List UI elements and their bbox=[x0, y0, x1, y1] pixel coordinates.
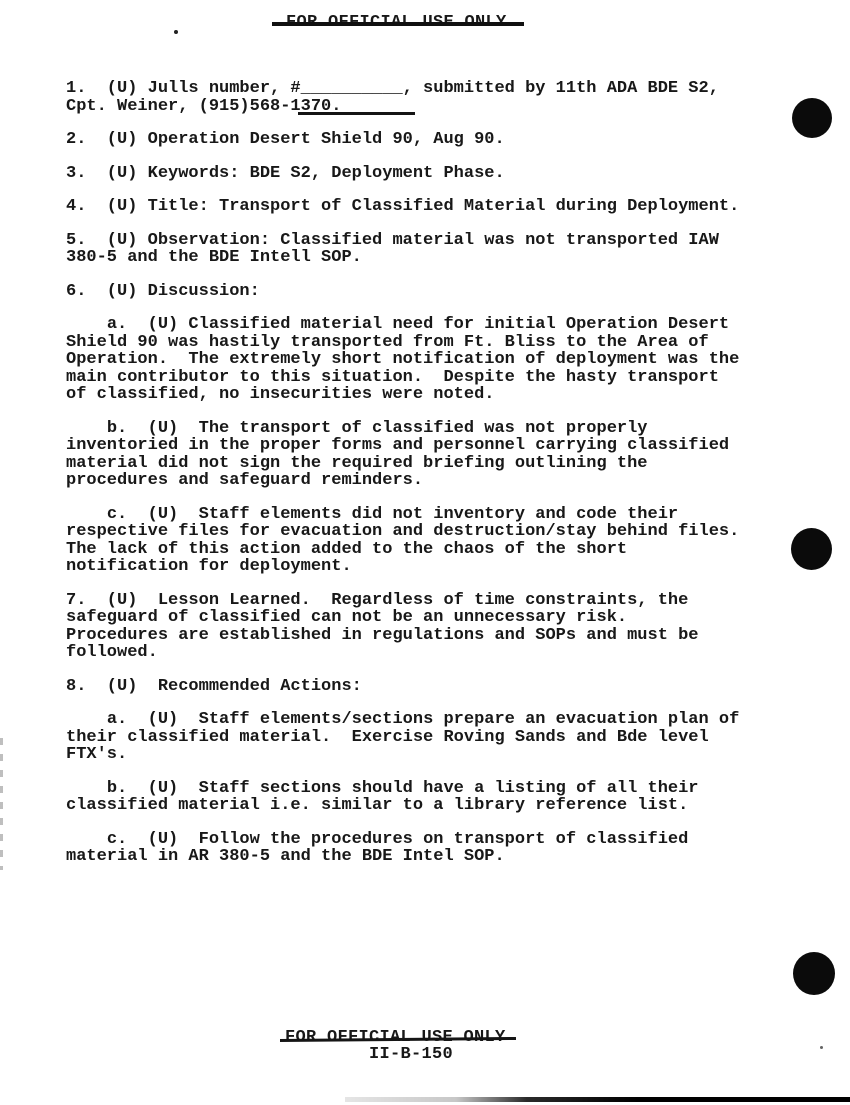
fill-in-blank-line bbox=[298, 112, 415, 115]
hole-punch-icon bbox=[791, 528, 832, 570]
paragraph-recommended: 8. (U) Recommended Actions: bbox=[66, 678, 778, 696]
paragraph-discussion-a: a. (U) Classified material need for init… bbox=[66, 316, 778, 404]
paragraph-discussion: 6. (U) Discussion: bbox=[66, 283, 778, 301]
scan-speck bbox=[820, 1046, 823, 1049]
scan-speck bbox=[174, 30, 178, 34]
paragraph-recommended-a: a. (U) Staff elements/sections prepare a… bbox=[66, 711, 778, 764]
paragraph-recommended-b: b. (U) Staff sections should have a list… bbox=[66, 780, 778, 815]
paragraph-discussion-c: c. (U) Staff elements did not inventory … bbox=[66, 506, 778, 576]
hole-punch-icon bbox=[793, 952, 835, 995]
paragraph-operation: 2. (U) Operation Desert Shield 90, Aug 9… bbox=[66, 131, 778, 149]
scan-edge-artifact-bottom bbox=[345, 1097, 850, 1102]
paragraph-keywords: 3. (U) Keywords: BDE S2, Deployment Phas… bbox=[66, 165, 778, 183]
paragraph-title: 4. (U) Title: Transport of Classified Ma… bbox=[66, 198, 778, 216]
scanned-document-page: FOR OFFICIAL USE ONLY 1. (U) Julls numbe… bbox=[0, 0, 850, 1105]
hole-punch-icon bbox=[792, 98, 832, 138]
paragraph-julls-number: 1. (U) Julls number, #__________, submit… bbox=[66, 80, 778, 115]
classification-header-banner: FOR OFFICIAL USE ONLY bbox=[286, 13, 507, 33]
paragraph-recommended-c: c. (U) Follow the procedures on transpor… bbox=[66, 831, 778, 866]
paragraph-lesson-learned: 7. (U) Lesson Learned. Regardless of tim… bbox=[66, 592, 778, 662]
paragraph-discussion-b: b. (U) The transport of classified was n… bbox=[66, 420, 778, 490]
scan-edge-artifact-left bbox=[0, 738, 3, 870]
page-number: II-B-150 bbox=[369, 1045, 453, 1064]
document-body: 1. (U) Julls number, #__________, submit… bbox=[66, 80, 778, 882]
paragraph-observation: 5. (U) Observation: Classified material … bbox=[66, 232, 778, 267]
